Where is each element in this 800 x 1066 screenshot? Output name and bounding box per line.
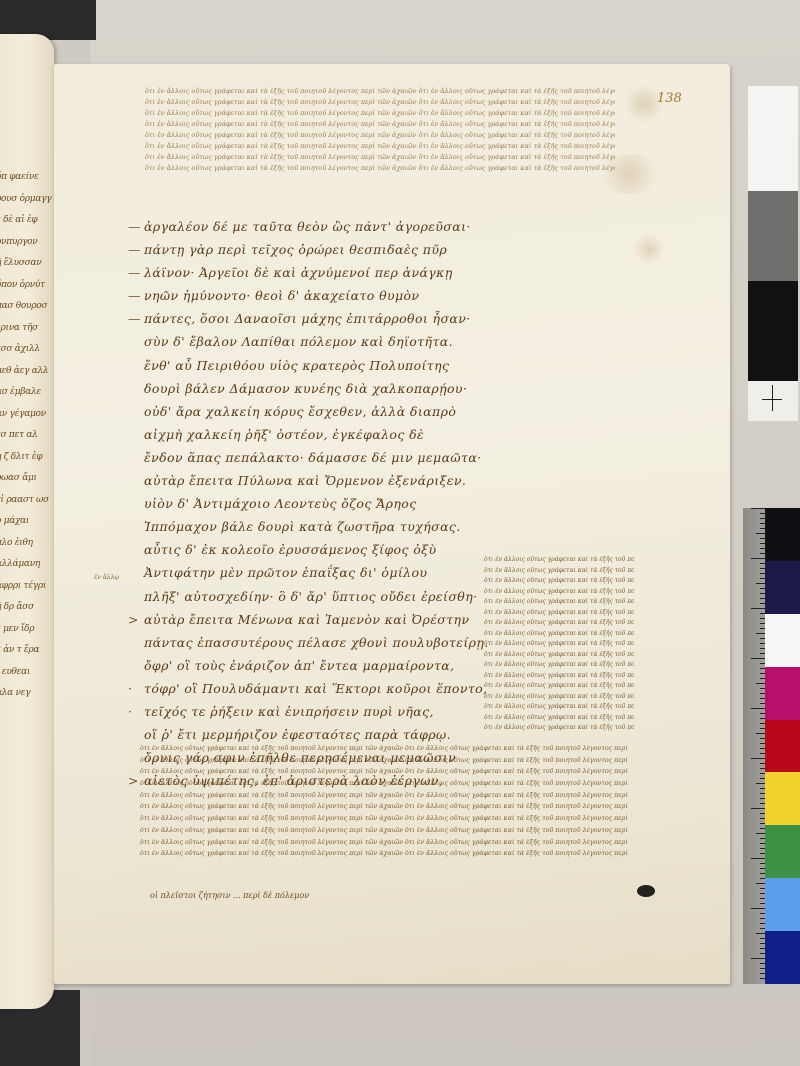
scholia-line: ὅτι ἐν ἄλλοις οὕτως γράφεται καὶ τὰ ἑξῆς… — [140, 815, 630, 827]
ruler-tick — [760, 803, 765, 804]
verse-text: πάντῃ γὰρ περὶ τεῖχος ὀρώρει θεσπιδαὲς π… — [144, 242, 447, 257]
scholia-line: ὅτι ἐν ἄλλοις οὕτως γράφεται καὶ τὰ ἑξῆς… — [484, 724, 634, 735]
scholia-line: ὅτι ἐν ἄλλοις οὕτως γράφεται καὶ τὰ ἑξῆς… — [484, 577, 634, 588]
facing-page-text: ε μεν ἴδρ — [0, 624, 34, 634]
ruler-tick — [760, 793, 765, 794]
facing-page-text: ἀσ ἐμβαλε — [0, 387, 41, 397]
ruler-tick — [760, 518, 765, 519]
facing-page-text: αν γέγαμον — [0, 409, 46, 419]
ruler-tick — [760, 678, 765, 679]
facing-page-text: αφρρι τέγρι — [0, 581, 46, 591]
ruler-tick — [760, 618, 765, 619]
ruler-tick — [760, 778, 765, 779]
gray-patch-white — [748, 86, 798, 191]
verse-line: >αὐτὰρ ἔπειτα Μένωνα καὶ Ἰαμενὸν καὶ Ὀρέ… — [128, 612, 488, 635]
scholia-line: ὅτι ἐν ἄλλοις οὕτως γράφεται καὶ τὰ ἑξῆς… — [140, 803, 630, 815]
gray-patch-black — [748, 281, 798, 381]
verse-line: ἔνδον ἅπας πεπάλακτο· δάμασσε δέ μιν μεμ… — [128, 450, 488, 473]
top-scholia: ὅτι ἐν ἄλλοις οὕτως γράφεται καὶ τὰ ἑξῆς… — [145, 86, 615, 175]
facing-page-text: ὀνπυργον — [0, 237, 37, 247]
stain — [634, 234, 664, 264]
facing-page-text: ἢ ἔλυσσαν — [0, 258, 41, 268]
ruler-tick — [760, 863, 765, 864]
verse-text: Ἀντιφάτην μὲν πρῶτον ἐπαΐξας δι' ὁμίλου — [144, 565, 427, 580]
ruler-tick — [760, 668, 765, 669]
ruler-tick — [760, 688, 765, 689]
scholia-line: ὅτι ἐν ἄλλοις οὕτως γράφεται καὶ τὰ ἑξῆς… — [484, 567, 634, 578]
ruler-tick — [760, 848, 765, 849]
verse-line: —λάϊνον· Ἀργεῖοι δὲ καὶ ἀχνύμενοί περ ἀν… — [128, 265, 488, 288]
verse-text: οἵ ῥ' ἔτι μερμήριζον ἐφεσταότες παρὰ τάφ… — [144, 727, 451, 742]
swatch-dark-blue — [765, 561, 800, 614]
side-scholia: ὅτι ἐν ἄλλοις οὕτως γράφεται καὶ τὰ ἑξῆς… — [484, 556, 634, 735]
facing-page-text: πλο ἐιθη — [0, 538, 33, 548]
ruler-tick — [756, 583, 765, 584]
ruler-tick — [760, 888, 765, 889]
verse-line: —νηῶν ἠμύνοντο· θεοὶ δ' ἀκαχείατο θυμὸν — [128, 288, 488, 311]
verse-text: ἔνθ' αὖ Πειριθόου υἱὸς κρατερὸς Πολυποίτ… — [144, 358, 449, 373]
ruler-tick — [760, 723, 765, 724]
ruler-tick — [760, 948, 765, 949]
ruler-tick — [756, 883, 765, 884]
verse-text: νηῶν ἠμύνοντο· θεοὶ δ' ἀκαχείατο θυμὸν — [144, 288, 419, 303]
scholia-line: ὅτι ἐν ἄλλοις οὕτως γράφεται καὶ τὰ ἑξῆς… — [484, 588, 634, 599]
verse-mark: — — [128, 219, 144, 234]
ruler-tick — [751, 508, 765, 509]
ruler-tick — [760, 868, 765, 869]
footer-line: οἱ πλεῖστοι ζήτησιν ... περὶ δὲ πόλεμον — [150, 891, 309, 900]
ruler-tick — [760, 673, 765, 674]
facing-page-text: μεθ ἀεγ αλλ — [0, 366, 48, 376]
ruler-tick — [756, 633, 765, 634]
ruler-tick — [760, 613, 765, 614]
scholia-line: ὅτι ἐν ἄλλοις οὕτως γράφεται καὶ τὰ ἑξῆς… — [484, 598, 634, 609]
verse-line: πλῆξ' αὐτοσχεδίην· ὃ δ' ἄρ' ὕπτιος οὔδει… — [128, 589, 488, 612]
ruler-tick — [760, 893, 765, 894]
ruler-tick — [760, 813, 765, 814]
scholia-line: ὅτι ἐν ἄλλοις οὕτως γράφεται καὶ τὰ ἑξῆς… — [145, 164, 615, 173]
verse-line: —πάντῃ γὰρ περὶ τεῖχος ὀρώρει θεσπιδαὲς … — [128, 242, 488, 265]
verse-text: πάντας ἐπασσυτέρους πέλασε χθονὶ πουλυβο… — [144, 635, 489, 650]
verse-line: σὺν δ' ἔβαλον Λαπίθαι πόλεμον καὶ δηϊοτῆ… — [128, 334, 488, 357]
scholia-line: ὅτι ἐν ἄλλοις οὕτως γράφεται καὶ τὰ ἑξῆς… — [145, 87, 615, 96]
ruler-tick — [760, 788, 765, 789]
verse-text: ὄφρ' οἳ τοὺς ἐνάριζον ἀπ' ἔντεα μαρμαίρο… — [144, 658, 455, 673]
ruler-tick — [751, 808, 765, 809]
ruler-tick — [756, 533, 765, 534]
ruler-tick — [760, 878, 765, 879]
ruler-tick — [756, 683, 765, 684]
ruler-tick — [760, 573, 765, 574]
ruler-tick — [760, 528, 765, 529]
verse-line: ὄφρ' οἳ τοὺς ἐνάριζον ἀπ' ἔντεα μαρμαίρο… — [128, 658, 488, 681]
ruler-tick — [760, 593, 765, 594]
facing-page-text: εἰ ρααστ ωσ — [0, 495, 49, 505]
facing-page-text: ἡ ζ δλιτ ἐφ — [0, 452, 42, 462]
verse-line: —ἀργαλέον δέ με ταῦτα θεὸν ὣς πάντ' ἀγορ… — [128, 219, 488, 242]
verse-line: αἰχμὴ χαλκείη ῥῆξ' ὀστέον, ἐγκέφαλος δὲ — [128, 427, 488, 450]
scholia-line: ὅτι ἐν ἄλλοις οὕτως γράφεται καὶ τὰ ἑξῆς… — [145, 142, 615, 151]
ruler-tick — [760, 838, 765, 839]
ruler-tick — [760, 918, 765, 919]
scholia-line: ὅτι ἐν ἄλλοις οὕτως γράφεται καὶ τὰ ἑξῆς… — [140, 792, 630, 804]
swatch-navy — [765, 931, 800, 984]
verse-text: πάντες, ὅσοι Δαναοῖσι μάχης ἐπιτάρροθοι … — [144, 311, 471, 326]
facing-page-text: ἰ ευθεαι — [0, 667, 30, 677]
verse-text: αἰχμὴ χαλκείη ῥῆξ' ὀστέον, ἐγκέφαλος δὲ — [144, 427, 424, 442]
ruler-scale — [743, 508, 765, 984]
ruler-tick — [760, 823, 765, 824]
facing-page-text: ὅπ φαείνε — [0, 172, 39, 182]
facing-page-text: ρωασ ἄμι — [0, 473, 37, 483]
scholia-line: ὅτι ἐν ἄλλοις οὕτως γράφεται καὶ τὰ ἑξῆς… — [484, 609, 634, 620]
verse-mark: — — [128, 242, 144, 257]
verse-text: υἱὸν δ' Ἀντιμάχοιο Λεοντεὺς ὄζος Ἄρηος — [144, 496, 417, 511]
ruler-tick — [760, 713, 765, 714]
ruler-tick — [760, 703, 765, 704]
ruler-tick — [756, 783, 765, 784]
facing-page-text: πασ θουροσ — [0, 301, 47, 311]
ruler-tick — [756, 833, 765, 834]
verse-text: αὐτὰρ ἔπειτα Πύλωνα καὶ Ὄρμενον ἐξενάριξ… — [144, 473, 466, 488]
ruler-tick — [760, 853, 765, 854]
scholia-line: ὅτι ἐν ἄλλοις οὕτως γράφεται καὶ τὰ ἑξῆς… — [484, 661, 634, 672]
scholia-line: ὅτι ἐν ἄλλοις οὕτως γράφεται καὶ τὰ ἑξῆς… — [145, 98, 615, 107]
ruler-tick — [760, 753, 765, 754]
ruler-tick — [760, 923, 765, 924]
facing-page-text: ὕπον ὀρνύτ — [0, 280, 45, 290]
verse-text: δουρὶ βάλεν Δάμασον κυνέης διὰ χαλκοπαρῄ… — [144, 381, 467, 396]
ruler-tick — [751, 908, 765, 909]
swatch-green — [765, 825, 800, 878]
ruler-tick — [756, 933, 765, 934]
gray-patch-white-cross — [748, 381, 798, 421]
ruler-tick — [760, 743, 765, 744]
swatch-magenta — [765, 667, 800, 720]
scholia-line: ὅτι ἐν ἄλλοις οὕτως γράφεται καὶ τὰ ἑξῆς… — [145, 153, 615, 162]
ruler-tick — [760, 728, 765, 729]
facing-page-text: ε ἀν τ ἔρα — [0, 645, 39, 655]
scholia-line: ὅτι ἐν ἄλλοις οὕτως γράφεται καὶ τὰ ἑξῆς… — [140, 768, 630, 780]
facing-page-text: ὁ μάχαι — [0, 516, 29, 526]
ruler-tick — [760, 663, 765, 664]
ruler-tick — [760, 513, 765, 514]
verse-line: πάντας ἐπασσυτέρους πέλασε χθονὶ πουλυβο… — [128, 635, 488, 658]
verse-text: πλῆξ' αὐτοσχεδίην· ὃ δ' ἄρ' ὕπτιος οὔδει… — [144, 589, 477, 604]
ruler-tick — [760, 928, 765, 929]
color-swatches — [765, 508, 800, 984]
parchment-hole — [637, 885, 655, 897]
ruler-tick — [760, 653, 765, 654]
ruler-tick — [760, 898, 765, 899]
facing-page-text: αλα νεγ — [0, 688, 30, 698]
ruler-tick — [760, 553, 765, 554]
verse-line: ἔνθ' αὖ Πειριθόου υἱὸς κρατερὸς Πολυποίτ… — [128, 358, 488, 381]
ruler-tick — [751, 608, 765, 609]
crosshair-icon — [772, 385, 773, 411]
ruler-tick — [760, 968, 765, 969]
facing-page-text: ἑσσ ἀχιλλ — [0, 344, 40, 354]
verse-text: Ἱππόμαχον βάλε δουρὶ κατὰ ζωστῆρα τυχήσα… — [144, 519, 461, 534]
verse-line: ·τεῖχός τε ῥήξειν καὶ ἐνιπρήσειν πυρὶ νῆ… — [128, 704, 488, 727]
facing-page-text: ρουσ ὀρμαγγ — [0, 194, 51, 204]
ruler-tick — [760, 818, 765, 819]
ruler-tick — [760, 828, 765, 829]
ruler-tick — [760, 548, 765, 549]
verse-text: αὐτὰρ ἔπειτα Μένωνα καὶ Ἰαμενὸν καὶ Ὀρέσ… — [144, 612, 469, 627]
verse-line: δουρὶ βάλεν Δάμασον κυνέης διὰ χαλκοπαρῄ… — [128, 381, 488, 404]
ruler-tick — [760, 873, 765, 874]
ruler-tick — [760, 693, 765, 694]
ruler-tick — [760, 943, 765, 944]
grayscale-target — [748, 86, 798, 426]
ruler-tick — [751, 708, 765, 709]
verse-text: ἔνδον ἅπας πεπάλακτο· δάμασσε δέ μιν μεμ… — [144, 450, 482, 465]
ruler-tick — [760, 628, 765, 629]
ruler-tick — [760, 638, 765, 639]
scholia-line: ὅτι ἐν ἄλλοις οὕτως γράφεται καὶ τὰ ἑξῆς… — [484, 651, 634, 662]
verse-line: υἱὸν δ' Ἀντιμάχοιο Λεοντεὺς ὄζος Ἄρηος — [128, 496, 488, 519]
ruler-tick — [760, 523, 765, 524]
scholia-line: ὅτι ἐν ἄλλοις οὕτως γράφεται καὶ τὰ ἑξῆς… — [484, 703, 634, 714]
ruler-tick — [760, 748, 765, 749]
swatch-black — [765, 508, 800, 561]
scholia-line: ὅτι ἐν ἄλλοις οὕτως γράφεται καὶ τὰ ἑξῆς… — [145, 120, 615, 129]
facing-page-text: ἢ δρ ἄσσ — [0, 602, 34, 612]
ruler-tick — [760, 798, 765, 799]
verse-mark: · — [128, 704, 144, 719]
scholia-line: ὅτι ἐν ἄλλοις οὕτως γράφεται καὶ τὰ ἑξῆς… — [140, 850, 630, 862]
ruler-tick — [760, 538, 765, 539]
verse-text: ἀργαλέον δέ με ταῦτα θεὸν ὣς πάντ' ἀγορε… — [144, 219, 471, 234]
verse-line: οὐδ' ἄρα χαλκείη κόρυς ἔσχεθεν, ἀλλὰ δια… — [128, 404, 488, 427]
ruler-tick — [760, 578, 765, 579]
facing-page-edge: ὅπ φαείνερουσ ὀρμαγγε δὲ αἰ ἐφὀνπυργονἢ … — [0, 34, 54, 1009]
ruler-tick — [760, 763, 765, 764]
ruler-tick — [751, 758, 765, 759]
verse-mark: — — [128, 288, 144, 303]
scholia-line: ὅτι ἐν ἄλλοις οὕτως γράφεται καὶ τὰ ἑξῆς… — [140, 839, 630, 851]
verse-line: Ἀντιφάτην μὲν πρῶτον ἐπαΐξας δι' ὁμίλου — [128, 565, 488, 588]
ruler-tick — [760, 543, 765, 544]
ruler-tick — [760, 768, 765, 769]
verse-line: Ἱππόμαχον βάλε δουρὶ κατὰ ζωστῆρα τυχήσα… — [128, 519, 488, 542]
scholia-line: ὅτι ἐν ἄλλοις οὕτως γράφεται καὶ τὰ ἑξῆς… — [484, 556, 634, 567]
verse-text: λάϊνον· Ἀργεῖοι δὲ καὶ ἀχνύμενοί περ ἀνά… — [144, 265, 453, 280]
ruler-tick — [751, 958, 765, 959]
ruler-tick — [760, 623, 765, 624]
swatch-white — [765, 614, 800, 667]
facing-page-text: εσ πετ αλ — [0, 430, 38, 440]
scholia-line: ὅτι ἐν ἄλλοις οὕτως γράφεται καὶ τὰ ἑξῆς… — [484, 714, 634, 725]
verse-line: ·τόφρ' οἳ Πουλυδάμαντι καὶ Ἕκτορι κοῦροι… — [128, 681, 488, 704]
scholia-line: ὅτι ἐν ἄλλοις οὕτως γράφεται καὶ τὰ ἑξῆς… — [484, 640, 634, 651]
ruler-tick — [760, 903, 765, 904]
facing-page-text: ἀλλάμανη — [0, 559, 40, 569]
verse-text: οὐδ' ἄρα χαλκείη κόρυς ἔσχεθεν, ἀλλὰ δια… — [144, 404, 456, 419]
main-text-block: —ἀργαλέον δέ με ταῦτα θεὸν ὣς πάντ' ἀγορ… — [128, 219, 488, 796]
ruler-tick — [760, 913, 765, 914]
scholia-line: ὅτι ἐν ἄλλοις οὕτως γράφεται καὶ τὰ ἑξῆς… — [145, 109, 615, 118]
scholia-line: ὅτι ἐν ἄλλοις οὕτως γράφεται καὶ τὰ ἑξῆς… — [484, 682, 634, 693]
ruler-tick — [751, 858, 765, 859]
gray-patch-gray — [748, 191, 798, 281]
ruler-tick — [760, 718, 765, 719]
ruler-tick — [760, 698, 765, 699]
ruler-tick — [760, 738, 765, 739]
verse-text: αὖτις δ' ἐκ κολεοῖο ἐρυσσάμενος ξίφος ὀξ… — [144, 542, 436, 557]
ruler-tick — [760, 603, 765, 604]
color-calibration-target — [743, 508, 800, 984]
verse-line: αὖτις δ' ἐκ κολεοῖο ἐρυσσάμενος ξίφος ὀξ… — [128, 542, 488, 565]
ruler-tick — [760, 963, 765, 964]
swatch-red — [765, 720, 800, 773]
scholia-line: ὅτι ἐν ἄλλοις οὕτως γράφεται καὶ τὰ ἑξῆς… — [145, 131, 615, 140]
verse-line: —πάντες, ὅσοι Δαναοῖσι μάχης ἐπιτάρροθοι… — [128, 311, 488, 334]
ruler-tick — [760, 588, 765, 589]
verse-text: τόφρ' οἳ Πουλυδάμαντι καὶ Ἕκτορι κοῦροι … — [144, 681, 487, 696]
scholia-line: ὅτι ἐν ἄλλοις οὕτως γράφεται καὶ τὰ ἑξῆς… — [484, 672, 634, 683]
ruler-tick — [760, 648, 765, 649]
scholia-line: ὅτι ἐν ἄλλοις οὕτως γράφεται καὶ τὰ ἑξῆς… — [484, 619, 634, 630]
bottom-scholia: ὅτι ἐν ἄλλοις οὕτως γράφεται καὶ τὰ ἑξῆς… — [140, 745, 630, 862]
ruler-tick — [751, 558, 765, 559]
ruler-tick — [760, 563, 765, 564]
margin-note: ἐν ἄλλῳ — [94, 574, 119, 581]
facing-page-text: ε δὲ αἰ ἐφ — [0, 215, 37, 225]
scholia-line: ὅτι ἐν ἄλλοις οὕτως γράφεται καὶ τὰ ἑξῆς… — [140, 757, 630, 769]
facing-page-text: ερινα τῆσ — [0, 323, 38, 333]
ruler-tick — [751, 658, 765, 659]
ruler-tick — [760, 978, 765, 979]
verse-mark: — — [128, 311, 144, 326]
verse-text: τεῖχός τε ῥήξειν καὶ ἐνιπρήσειν πυρὶ νῆα… — [144, 704, 434, 719]
swatch-yellow — [765, 772, 800, 825]
scholia-line: ὅτι ἐν ἄλλοις οὕτως γράφεται καὶ τὰ ἑξῆς… — [140, 827, 630, 839]
scholia-line: ὅτι ἐν ἄλλοις οὕτως γράφεται καὶ τὰ ἑξῆς… — [484, 630, 634, 641]
ruler-tick — [760, 643, 765, 644]
verse-text: σὺν δ' ἔβαλον Λαπίθαι πόλεμον καὶ δηϊοτῆ… — [144, 334, 453, 349]
verse-mark: > — [128, 612, 144, 627]
swatch-light-blue — [765, 878, 800, 931]
scholia-line: ὅτι ἐν ἄλλοις οὕτως γράφεται καὶ τὰ ἑξῆς… — [140, 780, 630, 792]
folio-number: 138 — [657, 91, 682, 106]
ruler-tick — [756, 733, 765, 734]
verse-line: αὐτὰρ ἔπειτα Πύλωνα καὶ Ὄρμενον ἐξενάριξ… — [128, 473, 488, 496]
ruler-tick — [760, 568, 765, 569]
verse-mark: — — [128, 265, 144, 280]
verse-mark: · — [128, 681, 144, 696]
ruler-tick — [760, 953, 765, 954]
ruler-tick — [760, 973, 765, 974]
ruler-tick — [760, 598, 765, 599]
ruler-tick — [760, 938, 765, 939]
ruler-tick — [760, 843, 765, 844]
ruler-tick — [760, 773, 765, 774]
scholia-line: ὅτι ἐν ἄλλοις οὕτως γράφεται καὶ τὰ ἑξῆς… — [140, 745, 630, 757]
scholia-line: ὅτι ἐν ἄλλοις οὕτως γράφεται καὶ τὰ ἑξῆς… — [484, 693, 634, 704]
